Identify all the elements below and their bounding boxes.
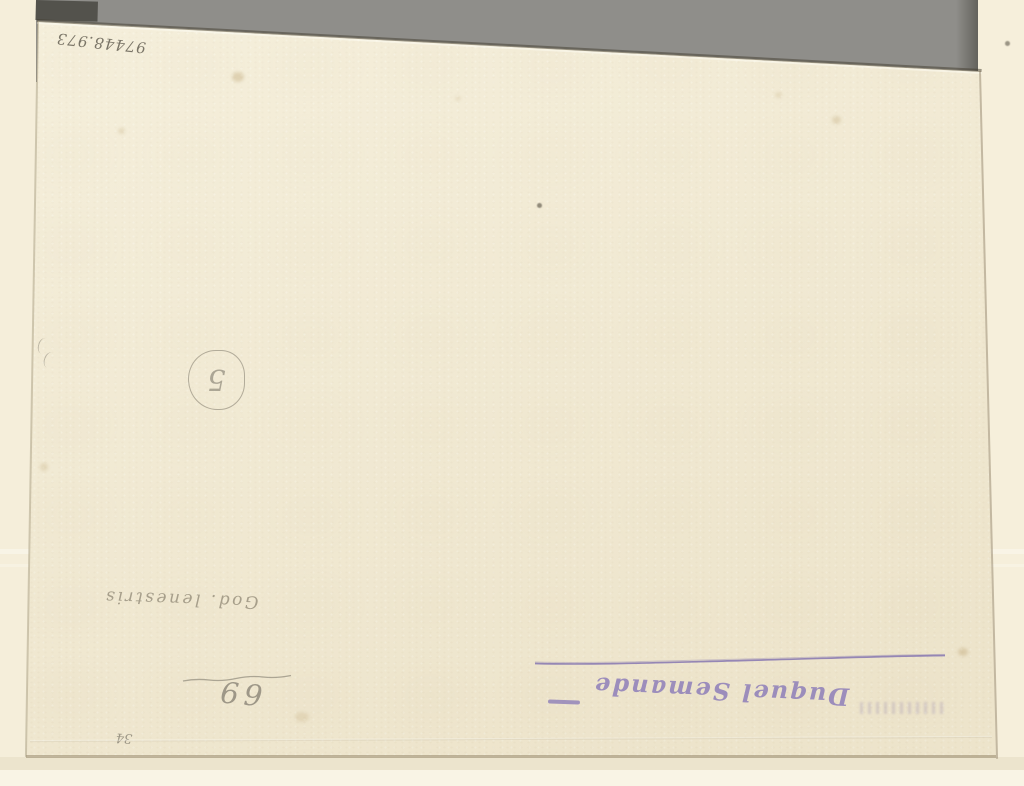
foxing-spot [958,648,968,656]
photograph-of-drawing-verso: 97448.973 5 God. lenestris 69 Duquel Sem… [0,0,1024,786]
violet-underline-stroke [534,652,946,666]
foxing-spot [775,92,782,98]
foxing-spot [832,116,841,124]
mat-shadow-band [0,757,1024,770]
violet-ink-smudge [860,702,946,714]
mat-light-band [0,770,1024,786]
foxing-spot [118,128,125,134]
squiggle-line [182,673,292,683]
background-speck [1005,41,1010,46]
foxing-spot [295,712,309,722]
paper-bottom-edge-shadow [26,755,996,758]
pencil-underline-stroke [182,668,292,678]
foxing-spot [232,72,244,82]
backing-board-right-edge [956,0,978,78]
backing-board-dark-corner [35,0,98,22]
violet-ink-underline [534,651,946,665]
paper-sheet-verso: 97448.973 5 God. lenestris 69 Duquel Sem… [0,0,1024,786]
ink-speck [537,203,542,208]
paper-shading [0,0,1024,786]
foxing-spot [40,463,48,471]
foxing-spot [455,96,461,101]
